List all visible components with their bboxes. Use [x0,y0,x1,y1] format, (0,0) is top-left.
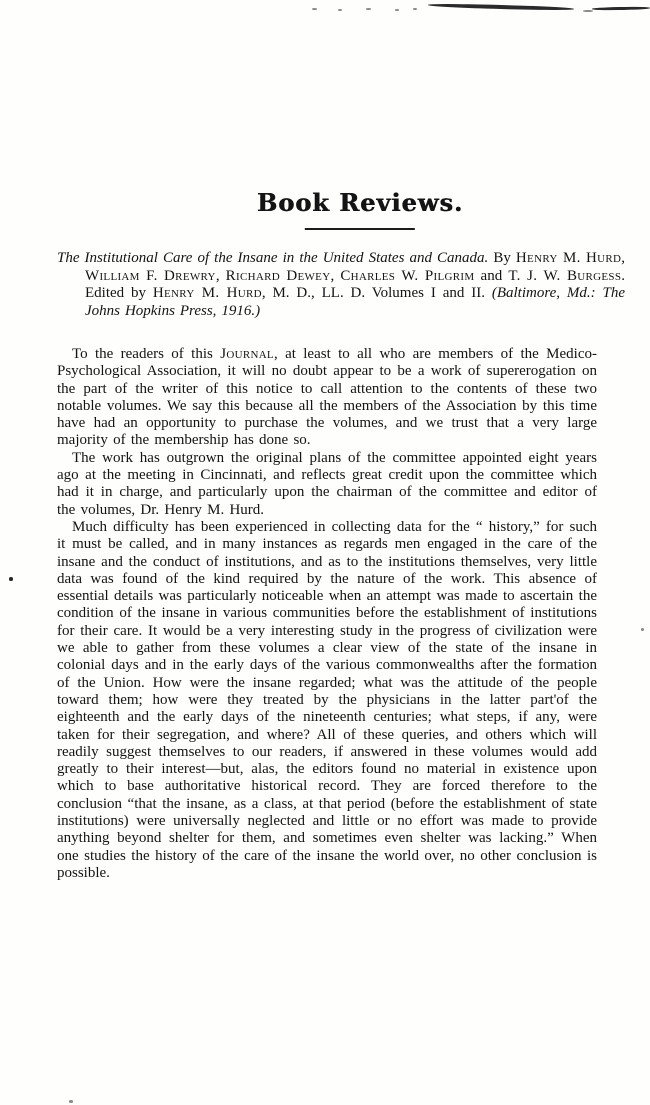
author-name: William F. Drewry [85,268,216,284]
paragraph-text: To the readers of this [72,346,220,362]
book-citation: The Institutional Care of the Insane in … [57,250,625,320]
page-title: Book Reviews. [257,190,463,216]
page-header: Book Reviews. [257,190,463,230]
citation-separator: , [216,268,226,284]
scan-artifact [9,577,13,581]
journal-smallcaps: Journal [220,346,274,362]
citation-separator: , [330,268,340,284]
scan-artifact [592,6,650,10]
paragraph-text: The work has outgrown the original plans… [57,450,597,518]
scan-artifact [312,8,317,10]
editor-name: Henry M. Hurd [153,285,262,301]
scan-artifact [428,3,574,11]
citation-degrees-volumes: , M. D., LL. D. Volumes I and II. [262,285,492,301]
paragraph: To the readers of this Journal, at least… [57,346,597,450]
author-name: Charles W. Pilgrim [340,268,474,284]
book-title: The Institutional Care of the Insane in … [57,250,488,266]
paragraph: Much difficulty has been experienced in … [57,519,597,882]
scan-artifact [366,8,371,10]
scan-artifact [395,9,399,11]
citation-separator: and [474,268,508,284]
scan-artifact [641,628,644,631]
review-body: To the readers of this Journal, at least… [57,346,597,882]
scan-artifact [338,9,342,11]
author-name: Richard Dewey [226,268,331,284]
scan-artifact [583,10,593,12]
citation-separator: , [621,250,625,266]
paragraph-text: Much difficulty has been experienced in … [57,519,597,881]
scan-artifact [69,1100,73,1103]
scanned-journal-page: Book Reviews. The Institutional Care of … [0,0,650,1105]
author-name: T. J. W. Burgess [508,268,621,284]
author-name: Henry M. Hurd [516,250,621,266]
title-rule [305,228,415,230]
citation-by: By [488,250,516,266]
paragraph: The work has outgrown the original plans… [57,450,597,519]
scan-artifact [413,8,417,10]
